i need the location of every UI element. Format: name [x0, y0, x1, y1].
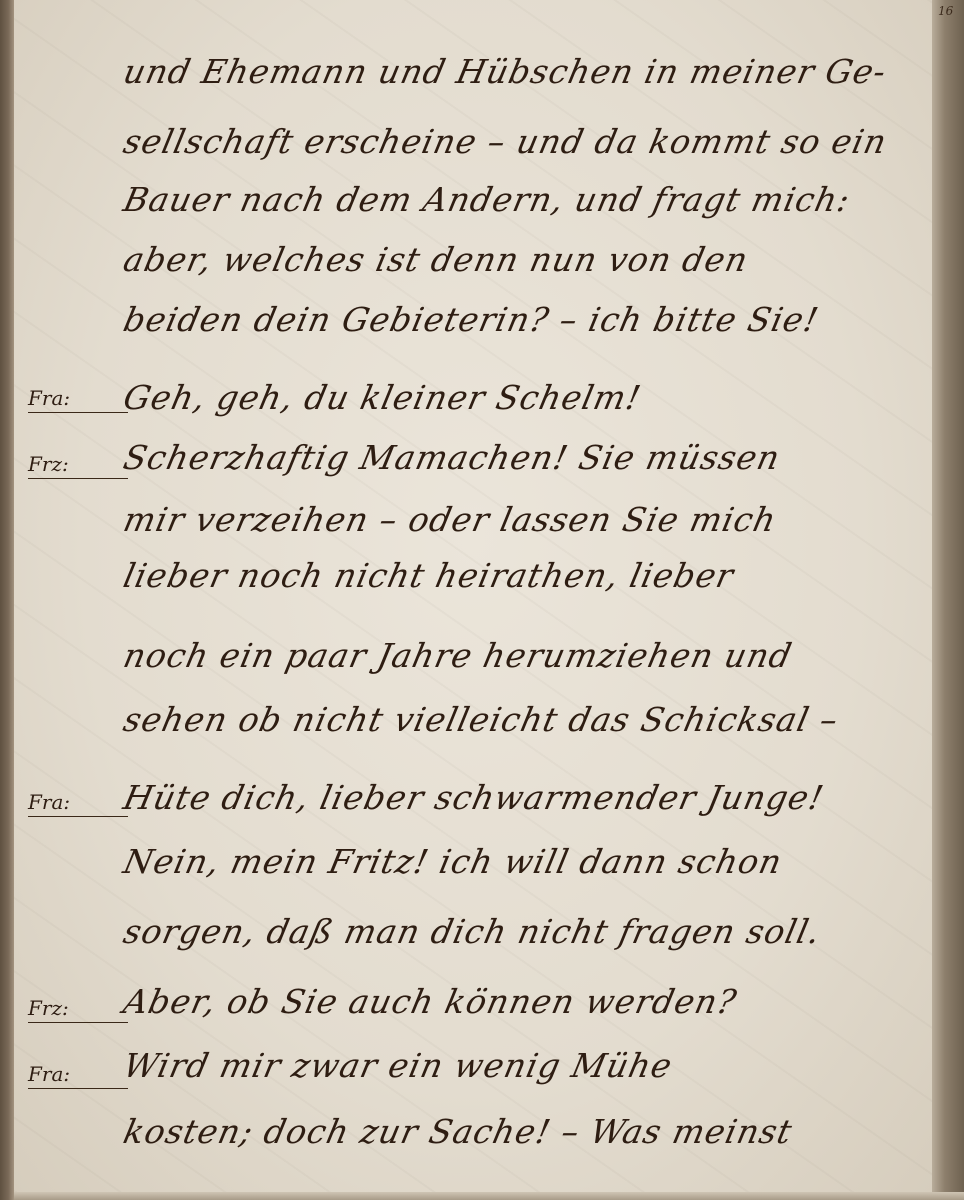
speaker-label: Frz:	[28, 996, 128, 1023]
book-spine	[0, 0, 14, 1200]
text-line: Geh, geh, du kleiner Schelm!	[120, 378, 928, 417]
page-edge-bottom	[14, 1192, 964, 1200]
text-line: Wird mir zwar ein wenig Mühe	[120, 1046, 928, 1085]
text-line: Scherzhaftig Mamachen! Sie müssen	[120, 438, 928, 477]
page-number: 16	[938, 4, 953, 18]
text-line: Aber, ob Sie auch können werden?	[120, 982, 928, 1021]
speaker-label: Fra:	[28, 790, 128, 817]
text-line: kosten; doch zur Sache! – Was meinst	[120, 1112, 928, 1151]
page-edge-right	[932, 0, 964, 1200]
text-line: beiden dein Gebieterin? – ich bitte Sie!	[120, 300, 928, 339]
text-line: sellschaft erscheine – und da kommt so e…	[120, 122, 928, 161]
text-line: noch ein paar Jahre herumziehen und	[120, 636, 928, 675]
text-line: lieber noch nicht heirathen, lieber	[120, 556, 928, 595]
speaker-label: Fra:	[28, 386, 128, 413]
text-line: mir verzeihen – oder lassen Sie mich	[120, 500, 928, 539]
text-line: Hüte dich, lieber schwarmender Junge!	[120, 778, 928, 817]
text-line: sorgen, daß man dich nicht fragen soll.	[120, 912, 928, 951]
text-line: und Ehemann und Hübschen in meiner Ge-	[120, 52, 928, 91]
manuscript-scan: 16 Fra: Frz: Fra: Frz: Fra: und Ehemann …	[0, 0, 964, 1200]
text-line: aber, welches ist denn nun von den	[120, 240, 928, 279]
speaker-label: Frz:	[28, 452, 128, 479]
speaker-label: Fra:	[28, 1062, 128, 1089]
text-line: sehen ob nicht vielleicht das Schicksal …	[120, 700, 928, 739]
text-line: Nein, mein Fritz! ich will dann schon	[120, 842, 928, 881]
text-line: Bauer nach dem Andern, und fragt mich:	[120, 180, 928, 219]
